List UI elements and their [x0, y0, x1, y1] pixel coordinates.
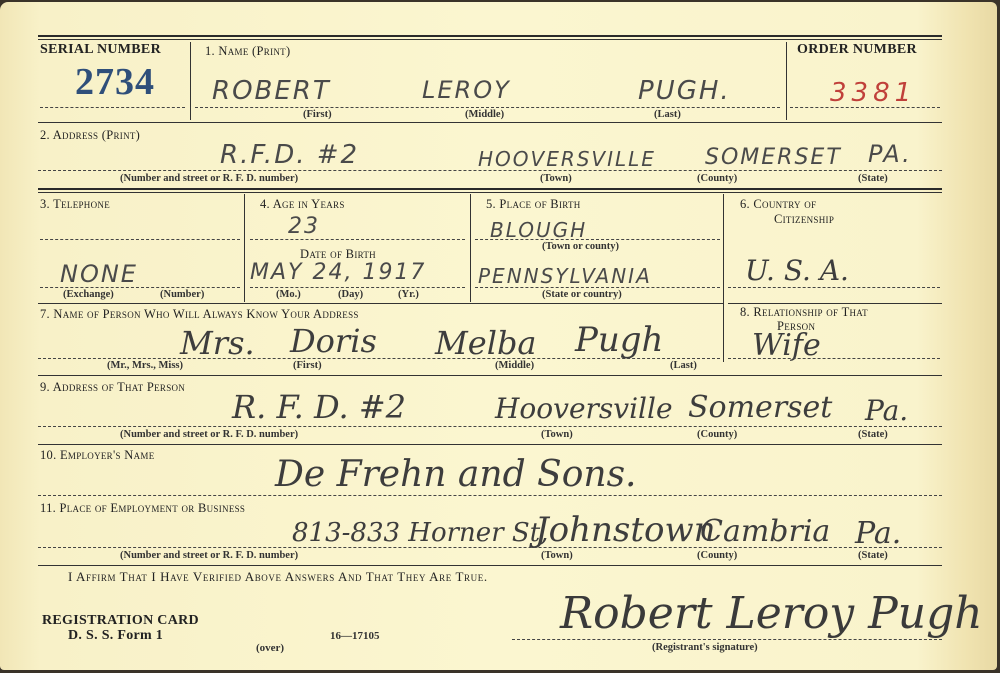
- employment-place-dash: [38, 547, 942, 548]
- contact-address-town: Hooversville: [495, 392, 673, 425]
- birthplace-town-sublabel: (Town or county): [542, 241, 619, 252]
- citizenship-label-2: Citizenship: [774, 212, 834, 227]
- name-label: 1. Name (Print): [205, 44, 290, 59]
- contact-first-sublabel: (First): [293, 360, 322, 371]
- employment-place-county-sublabel: (County): [697, 550, 737, 561]
- address-county: SOMERSET: [705, 145, 842, 170]
- divider: [470, 194, 471, 302]
- address-town: HOOVERSVILLE: [478, 147, 656, 171]
- serial-number-label: SERIAL NUMBER: [40, 42, 161, 58]
- signature-dash: [512, 639, 942, 640]
- contact-address-street-sublabel: (Number and street or R. F. D. number): [120, 429, 298, 440]
- name-first: ROBERT: [212, 76, 331, 106]
- contact-dash: [38, 358, 720, 359]
- telephone-number-sublabel: (Number): [160, 289, 204, 300]
- birthplace-state-dash: [475, 287, 720, 288]
- address-street: R.F.D. #2: [220, 140, 359, 170]
- telephone-value: NONE: [60, 260, 138, 288]
- telephone-dash-2: [40, 287, 240, 288]
- age-value: 23: [288, 214, 320, 239]
- employment-place-label: 11. Place of Employment or Business: [40, 501, 245, 516]
- birthplace-state-sublabel: (State or country): [542, 289, 622, 300]
- employment-place-town-sublabel: (Town): [541, 550, 573, 561]
- rule: [38, 188, 942, 190]
- over-label: (over): [256, 642, 284, 654]
- contact-address-county-sublabel: (County): [697, 429, 737, 440]
- contact-middle: Melba: [435, 324, 537, 362]
- rule: [38, 192, 942, 193]
- birthplace-label: 5. Place of Birth: [486, 197, 581, 212]
- rule: [728, 303, 942, 304]
- divider: [723, 194, 724, 362]
- employment-place-county: Cambria: [700, 514, 830, 549]
- dob-year-sublabel: (Yr.): [398, 289, 419, 300]
- contact-address-state: Pa.: [865, 394, 908, 427]
- top-rule: [38, 35, 942, 37]
- serial-number: 2734: [75, 60, 155, 104]
- telephone-dash-1: [40, 239, 240, 240]
- employer-dash: [38, 495, 942, 496]
- citizenship-value: U. S. A.: [745, 254, 849, 287]
- registration-card: SERIAL NUMBER 2734 1. Name (Print) ROBER…: [0, 2, 997, 670]
- employer-label: 10. Employer's Name: [40, 448, 155, 463]
- rule: [38, 375, 942, 376]
- address-street-sublabel: (Number and street or R. F. D. number): [120, 173, 298, 184]
- address-state-sublabel: (State): [858, 173, 888, 184]
- form-id: D. S. S. Form 1: [68, 628, 163, 644]
- age-dash: [250, 239, 465, 240]
- rule: [38, 444, 942, 445]
- registrant-signature: Robert Leroy Pugh: [560, 588, 983, 639]
- address-dash: [38, 170, 942, 171]
- contact-address-street: R. F. D. #2: [232, 388, 406, 426]
- form-title: REGISTRATION CARD: [42, 613, 199, 629]
- address-county-sublabel: (County): [697, 173, 737, 184]
- divider: [786, 42, 787, 120]
- relationship-label: 8. Relationship of That: [740, 305, 868, 320]
- divider: [190, 42, 191, 120]
- contact-title: Mrs.: [180, 324, 255, 362]
- employment-place-state: Pa.: [855, 516, 901, 551]
- address-town-sublabel: (Town): [540, 173, 572, 184]
- contact-title-sublabel: (Mr., Mrs., Miss): [107, 360, 183, 371]
- serial-dash: [40, 107, 185, 108]
- employment-place-state-sublabel: (State): [858, 550, 888, 561]
- contact-last-sublabel: (Last): [670, 360, 697, 371]
- divider: [244, 194, 245, 302]
- birthplace-town-dash: [475, 239, 720, 240]
- contact-label: 7. Name of Person Who Will Always Know Y…: [40, 307, 359, 322]
- citizenship-label: 6. Country of: [740, 197, 816, 212]
- contact-last: Pugh: [575, 320, 663, 360]
- contact-address-town-sublabel: (Town): [541, 429, 573, 440]
- age-label: 4. Age in Years: [260, 197, 345, 212]
- contact-address-label: 9. Address of That Person: [40, 380, 185, 395]
- birthplace-state: PENNSYLVANIA: [478, 264, 652, 288]
- rule: [38, 303, 724, 304]
- address-label: 2. Address (Print): [40, 128, 140, 143]
- name-last-sublabel: (Last): [654, 109, 681, 120]
- order-dash: [790, 107, 940, 108]
- affirmation-text: I Affirm That I Have Verified Above Answ…: [68, 569, 488, 585]
- name-last: PUGH.: [638, 76, 731, 106]
- relationship-dash: [728, 358, 940, 359]
- contact-first: Doris: [290, 322, 377, 360]
- dob-day-sublabel: (Day): [338, 289, 363, 300]
- signature-label: (Registrant's signature): [652, 642, 758, 653]
- name-first-sublabel: (First): [303, 109, 332, 120]
- dob-value: MAY 24, 1917: [250, 260, 426, 285]
- contact-address-dash: [38, 426, 942, 427]
- employment-place-street-sublabel: (Number and street or R. F. D. number): [120, 550, 298, 561]
- telephone-exchange-sublabel: (Exchange): [63, 289, 114, 300]
- name-middle: LEROY: [422, 76, 511, 104]
- name-middle-sublabel: (Middle): [465, 109, 504, 120]
- contact-address-state-sublabel: (State): [858, 429, 888, 440]
- employment-place-town: Johnstown: [535, 510, 715, 550]
- top-rule-inner: [38, 39, 942, 40]
- name-dash: [195, 107, 780, 108]
- telephone-label: 3. Telephone: [40, 197, 110, 212]
- print-code: 16—17105: [330, 630, 380, 642]
- order-number: 3381: [830, 78, 916, 108]
- rule: [38, 122, 942, 123]
- citizenship-dash: [728, 287, 940, 288]
- dob-month-sublabel: (Mo.): [276, 289, 301, 300]
- order-number-label: ORDER NUMBER: [797, 42, 917, 58]
- dob-dash: [250, 287, 465, 288]
- employer-value: De Frehn and Sons.: [275, 454, 637, 495]
- address-state: PA.: [868, 140, 912, 168]
- contact-address-county: Somerset: [688, 390, 832, 425]
- contact-middle-sublabel: (Middle): [495, 360, 534, 371]
- employment-place-street: 813-833 Horner St,: [292, 518, 548, 548]
- rule: [38, 565, 942, 566]
